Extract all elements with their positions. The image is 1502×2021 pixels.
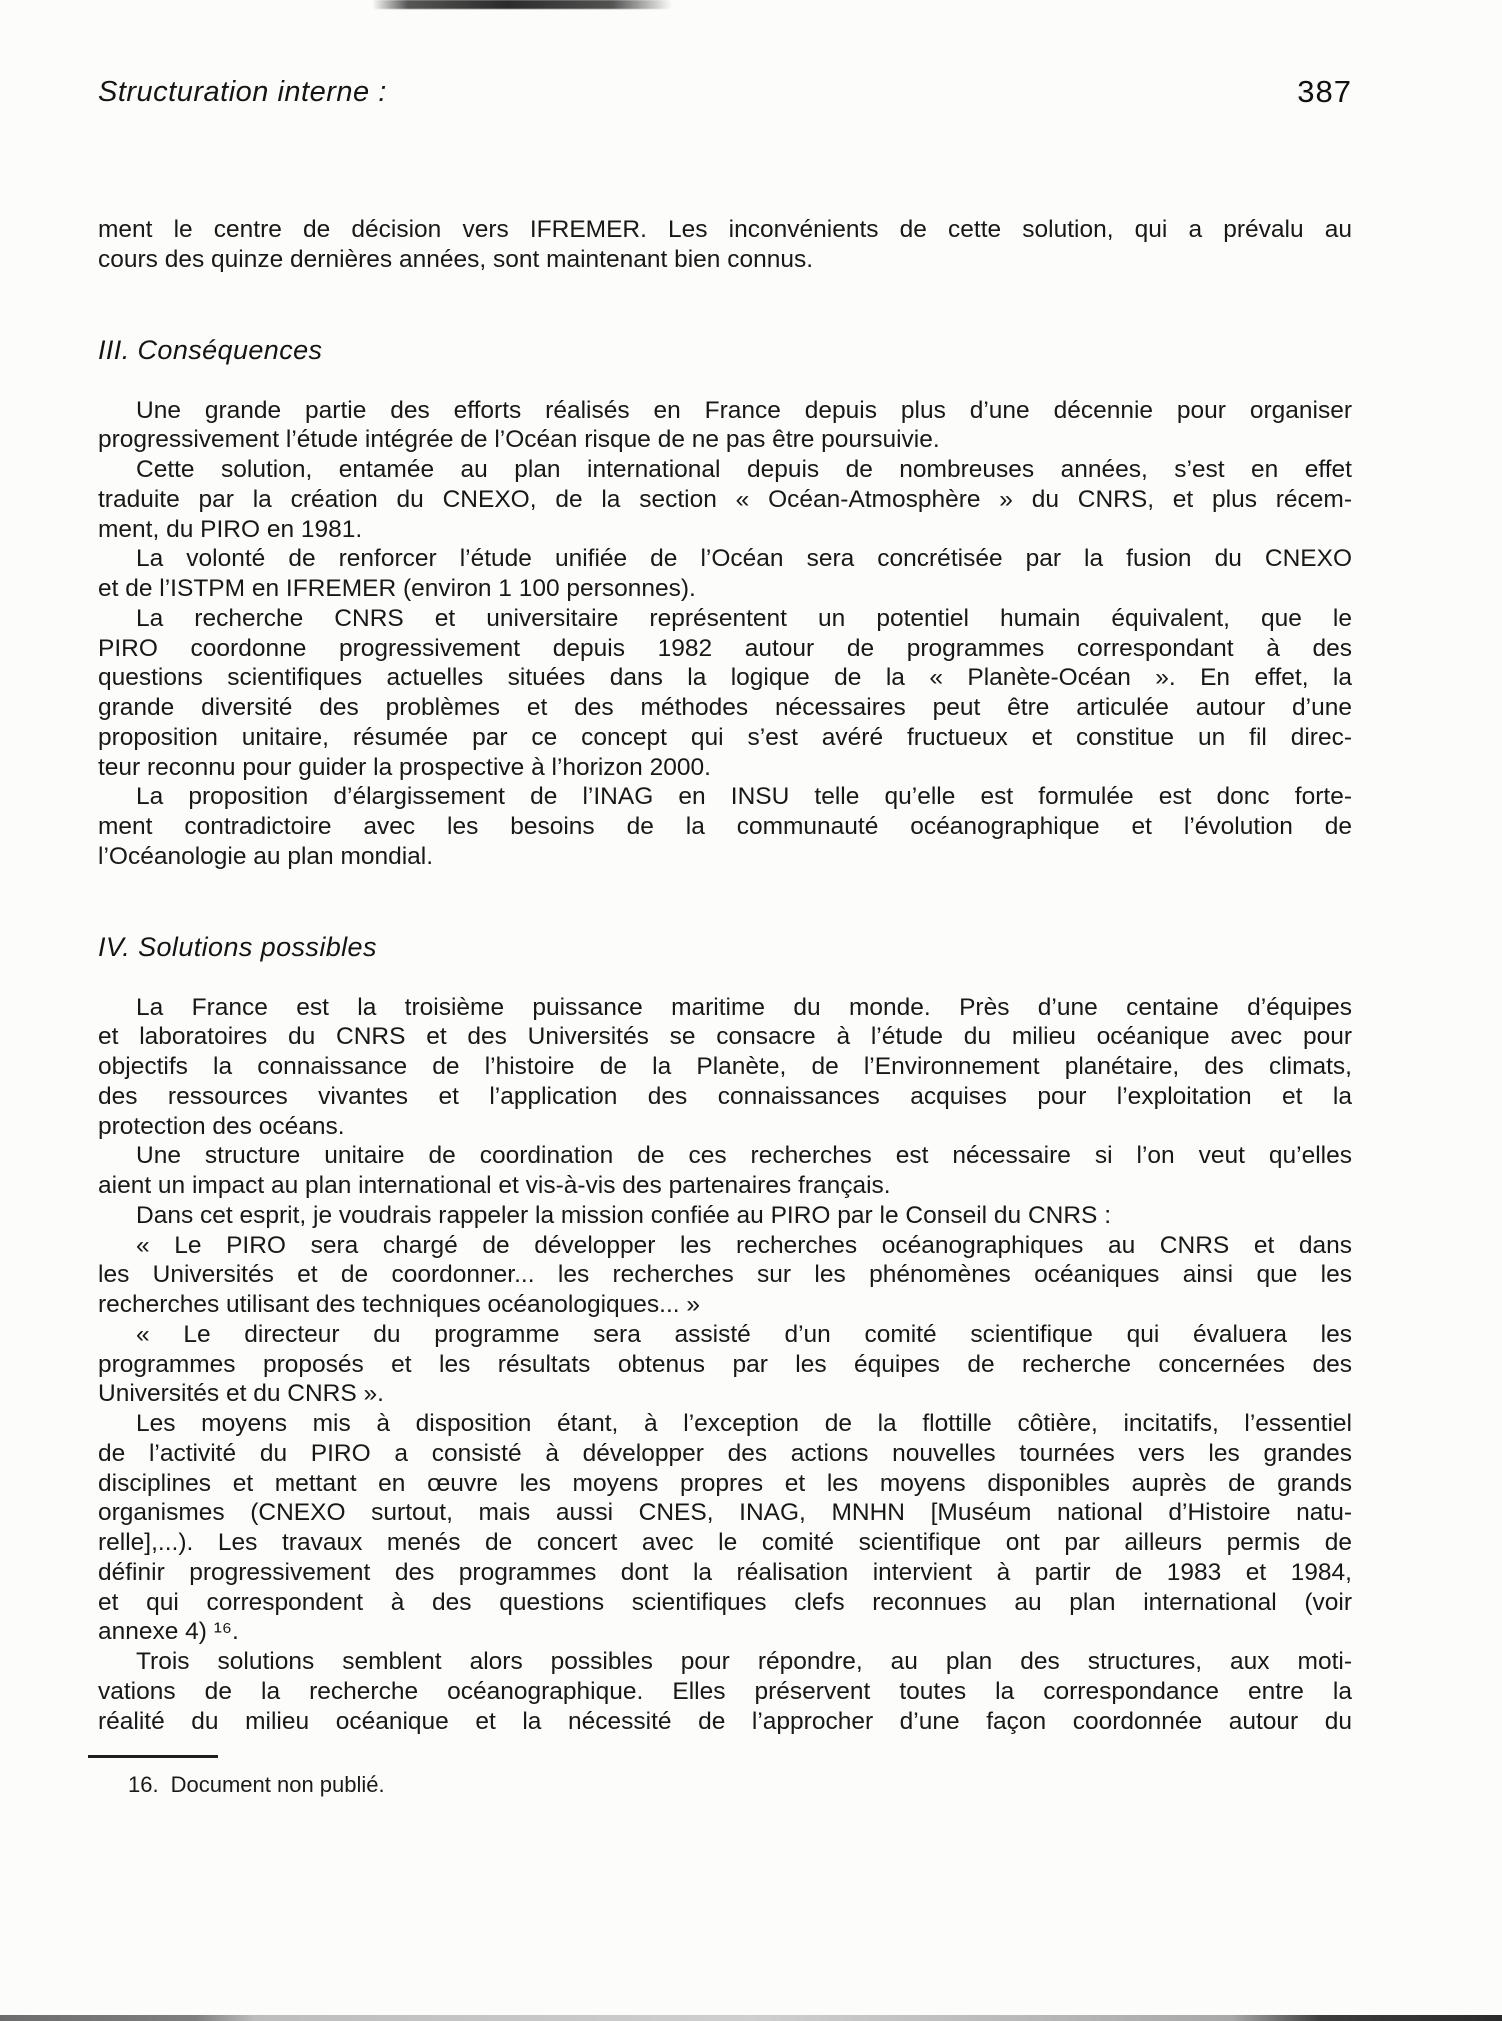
text-line: Cette solution, entamée au plan internat… <box>98 455 1352 485</box>
page-title: Structuration interne : <box>98 76 387 108</box>
text-line: proposition unitaire, résumée par ce con… <box>98 723 1352 753</box>
text-line: l’Océanologie au plan mondial. <box>98 842 1352 872</box>
text-line: réalité du milieu océanique et la nécess… <box>98 1707 1352 1737</box>
paragraph: La recherche CNRS et universitaire repré… <box>98 604 1352 783</box>
scan-smudge-top <box>372 0 672 9</box>
text-line: La volonté de renforcer l’étude unifiée … <box>98 544 1352 574</box>
footnote-line: 16.Document non publié. <box>128 1772 788 1798</box>
text-line: Trois solutions semblent alors possibles… <box>98 1647 1352 1677</box>
footnote-text: Document non publié. <box>171 1772 385 1797</box>
text-line: recherches utilisant des techniques océa… <box>98 1290 1352 1320</box>
page-number: 387 <box>1297 74 1352 110</box>
paragraph: « Le directeur du programme sera assisté… <box>98 1320 1352 1409</box>
text-line: La recherche CNRS et universitaire repré… <box>98 604 1352 634</box>
text-line: relle],...). Les travaux menés de concer… <box>98 1528 1352 1558</box>
paragraph: ment le centre de décision vers IFREMER.… <box>98 215 1352 275</box>
text-body: ment le centre de décision vers IFREMER.… <box>98 215 1352 1736</box>
text-line: progressivement l’étude intégrée de l’Oc… <box>98 425 1352 455</box>
text-line: objectifs la connaissance de l’histoire … <box>98 1052 1352 1082</box>
text-line: ment contradictoire avec les besoins de … <box>98 812 1352 842</box>
text-line: cours des quinze dernières années, sont … <box>98 245 1352 275</box>
text-line: de l’activité du PIRO a consisté à dével… <box>98 1439 1352 1469</box>
text-line: disciplines et mettant en œuvre les moye… <box>98 1469 1352 1499</box>
text-line: « Le directeur du programme sera assisté… <box>98 1320 1352 1350</box>
paragraph: Les moyens mis à disposition étant, à l’… <box>98 1409 1352 1647</box>
paragraph: La volonté de renforcer l’étude unifiée … <box>98 544 1352 604</box>
text-line: Les moyens mis à disposition étant, à l’… <box>98 1409 1352 1439</box>
footnote-label: 16. <box>128 1772 159 1797</box>
text-line: Dans cet esprit, je voudrais rappeler la… <box>98 1201 1352 1231</box>
text-line: programmes proposés et les résultats obt… <box>98 1350 1352 1380</box>
text-line: teur reconnu pour guider la prospective … <box>98 753 1352 783</box>
text-line: questions scientifiques actuelles située… <box>98 663 1352 693</box>
text-line: ment le centre de décision vers IFREMER.… <box>98 215 1352 245</box>
footnote: 16.Document non publié. <box>88 1755 788 1798</box>
text-line: PIRO coordonne progressivement depuis 19… <box>98 634 1352 664</box>
text-line: grande diversité des problèmes et des mé… <box>98 693 1352 723</box>
paragraph: La France est la troisième puissance mar… <box>98 993 1352 1142</box>
paragraph: Cette solution, entamée au plan internat… <box>98 455 1352 544</box>
text-line: et qui correspondent à des questions sci… <box>98 1588 1352 1618</box>
footnote-rule <box>88 1755 218 1758</box>
text-line: Une grande partie des efforts réalisés e… <box>98 396 1352 426</box>
paragraph: Dans cet esprit, je voudrais rappeler la… <box>98 1201 1352 1231</box>
scan-edge-bottom <box>0 2015 1502 2021</box>
text-line: définir progressivement des programmes d… <box>98 1558 1352 1588</box>
text-line: organismes (CNEXO surtout, mais aussi CN… <box>98 1498 1352 1528</box>
paragraph: La proposition d’élargissement de l’INAG… <box>98 782 1352 871</box>
paragraph: « Le PIRO sera chargé de développer les … <box>98 1231 1352 1320</box>
text-line: Une structure unitaire de coordination d… <box>98 1141 1352 1171</box>
text-line: annexe 4) ¹⁶. <box>98 1617 1352 1647</box>
section-heading: IV. Solutions possibles <box>98 930 1352 964</box>
paragraph: Une structure unitaire de coordination d… <box>98 1141 1352 1201</box>
text-line: des ressources vivantes et l’application… <box>98 1082 1352 1112</box>
text-line: les Universités et de coordonner... les … <box>98 1260 1352 1290</box>
paragraph: Trois solutions semblent alors possibles… <box>98 1647 1352 1736</box>
section-heading: III. Conséquences <box>98 333 1352 367</box>
paragraph: Une grande partie des efforts réalisés e… <box>98 396 1352 456</box>
text-line: La France est la troisième puissance mar… <box>98 993 1352 1023</box>
text-line: vations de la recherche océanographique.… <box>98 1677 1352 1707</box>
page-header: Structuration interne : 387 <box>98 76 1352 109</box>
text-line: traduite par la création du CNEXO, de la… <box>98 485 1352 515</box>
text-line: aient un impact au plan international et… <box>98 1171 1352 1201</box>
text-line: La proposition d’élargissement de l’INAG… <box>98 782 1352 812</box>
text-line: Universités et du CNRS ». <box>98 1379 1352 1409</box>
text-line: et de l’ISTPM en IFREMER (environ 1 100 … <box>98 574 1352 604</box>
text-line: protection des océans. <box>98 1112 1352 1142</box>
text-line: ment, du PIRO en 1981. <box>98 515 1352 545</box>
text-line: « Le PIRO sera chargé de développer les … <box>98 1231 1352 1261</box>
text-line: et laboratoires du CNRS et des Universit… <box>98 1022 1352 1052</box>
